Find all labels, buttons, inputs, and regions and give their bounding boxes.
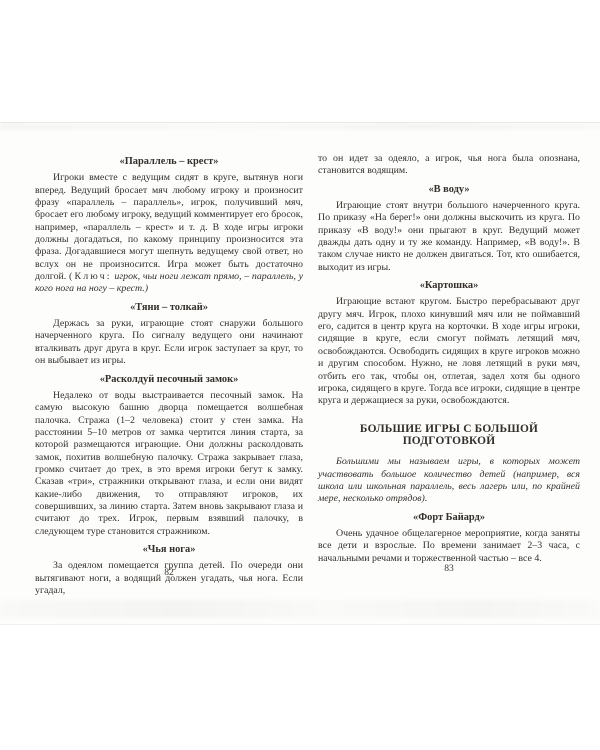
body-paragraph: Держась за руки, играющие стоят снаружи … [35, 318, 303, 367]
body-paragraph: Игроки вместе с ведущим сидят в круге, в… [35, 172, 303, 295]
body-paragraph: Очень удачное общелагерное мероприятие, … [318, 528, 580, 565]
section-heading-tyani-tolkay: «Тяни – толкай» [35, 302, 303, 314]
continuation-paragraph: то он идет за одеяло, а игрок, чья нога … [318, 153, 580, 178]
chapter-heading: БОЛЬШИЕ ИГРЫ С БОЛЬШОЙ ПОДГОТОВКОЙ [318, 423, 580, 448]
body-paragraph: Играющие встают кругом. Быстро перебрасы… [318, 296, 580, 407]
book-scan: «Параллель – крест» Игроки вместе с веду… [0, 0, 600, 750]
section-heading-raskolduy-zamok: «Расколдуй песочный замок» [35, 374, 303, 386]
section-heading-v-vodu: «В воду» [318, 184, 580, 196]
section-heading-parallel-krest: «Параллель – крест» [35, 156, 303, 168]
section-heading-chya-noga: «Чья нога» [35, 544, 303, 556]
page-right: то он идет за одеяло, а игрок, чья нога … [318, 153, 580, 565]
page-number-left: 82 [35, 567, 303, 578]
section-heading-kartoshka: «Картошка» [318, 280, 580, 292]
chapter-intro-paragraph: Большими мы называем игры, в которых мож… [318, 456, 580, 505]
page-left: «Параллель – крест» Игроки вместе с веду… [35, 156, 303, 597]
body-paragraph: Играющие стоят внутри большого начерченн… [318, 200, 580, 274]
page-number-right: 83 [318, 563, 580, 574]
key-label: (Ключ: [69, 271, 112, 282]
body-paragraph: За одеялом помещается группа детей. По о… [35, 560, 303, 597]
scanned-spread: «Параллель – крест» Игроки вместе с веду… [0, 122, 600, 625]
section-heading-fort-bayard: «Форт Байард» [318, 512, 580, 524]
paragraph-text: Игроки вместе с ведущим сидят в круге, в… [35, 172, 303, 282]
body-paragraph: Недалеко от воды выстраивается песочный … [35, 390, 303, 538]
